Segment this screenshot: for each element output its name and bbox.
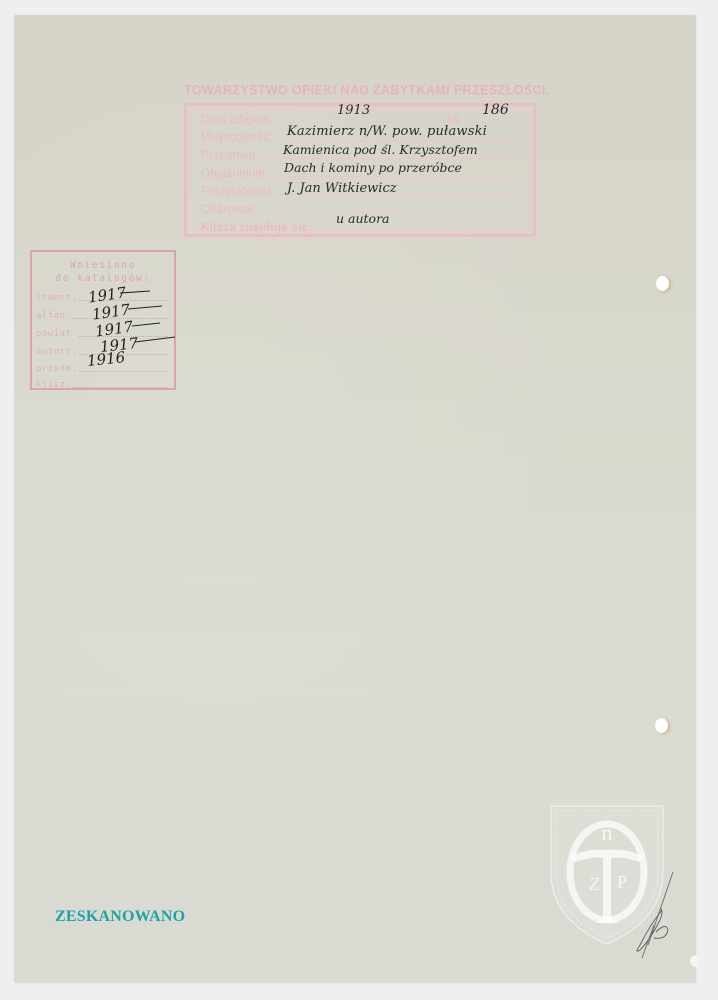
catalogue-row-negative: klisz.: [36, 376, 168, 390]
handwritten-date: 1913: [337, 103, 370, 118]
handwritten-number: 186: [482, 102, 509, 118]
handwritten-negative-location: u autora: [336, 211, 390, 226]
scanned-stamp: ZESKANOWANO: [55, 908, 185, 926]
catalogue-row-label: powiat.: [36, 329, 77, 339]
field-line: [275, 139, 521, 141]
field-label: Miejscowość:: [201, 132, 273, 144]
field-line: [271, 175, 521, 177]
handwritten-place: Kazimierz n/W. pow. puławski: [287, 124, 487, 139]
handwritten-subject: Kamienica pod śl. Krzysztofem: [283, 142, 478, 157]
handwriting-strokes: [80, 280, 180, 360]
society-name-heading: TOWARZYSTWO OPIEKI NAD ZABYTKAMI PRZESZŁ…: [184, 82, 544, 97]
field-label: Przedmiot:: [201, 150, 259, 162]
svg-text:Z: Z: [589, 874, 600, 894]
field-label: Fotografował:: [201, 186, 275, 198]
field-label: Data zdjęcia:: [201, 114, 271, 126]
field-line: [261, 157, 521, 159]
catalogue-row-label: alfab.: [36, 311, 72, 321]
punch-hole-upper: [656, 276, 669, 291]
catalogue-row-label: inwent.: [36, 293, 77, 303]
catalogue-row-label: klisz.: [36, 380, 72, 390]
handwritten-photographer: J. Jan Witkiewicz: [287, 181, 397, 196]
catalogue-row-label: autorc.: [36, 347, 77, 357]
dotted-line: [74, 387, 168, 388]
catalogue-row-label: przedm.: [36, 364, 77, 374]
dotted-line: [79, 371, 168, 372]
punch-hole-lower: [655, 718, 668, 733]
svg-text:n: n: [602, 820, 613, 845]
field-line: [462, 121, 521, 123]
field-label: Ofiarował:: [201, 204, 256, 216]
pencil-signature: [620, 870, 700, 960]
handwritten-description: Dach i kominy po przeróbce: [284, 160, 462, 175]
catalogue-heading-line1: Wniesiono: [32, 260, 174, 271]
field-line: [314, 229, 521, 231]
field-line: [273, 121, 443, 123]
field-label: Klisza znajduje się:: [201, 222, 312, 234]
field-label: Objaśnienie:: [201, 168, 269, 180]
